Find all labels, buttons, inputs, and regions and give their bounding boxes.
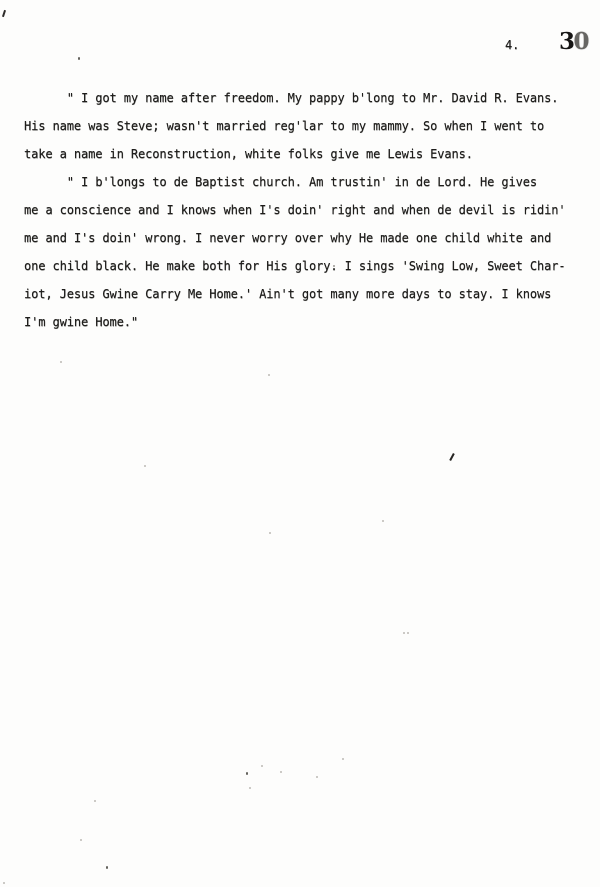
- scan-speck: [80, 839, 82, 841]
- scan-mark-slash: [449, 453, 455, 461]
- scan-speck: [316, 776, 318, 778]
- scan-speck: [269, 532, 271, 534]
- scan-speck: [342, 758, 344, 760]
- stamp-digit-3: 3: [559, 28, 574, 55]
- stamp-digit-0: 0: [574, 28, 589, 55]
- scanned-document-page: 4. 30 " I got my name after freedom. My …: [0, 0, 600, 887]
- scan-speck: [94, 800, 96, 802]
- scan-speck: [3, 882, 5, 884]
- scan-speck: [333, 265, 335, 267]
- scan-speck: [106, 866, 108, 869]
- scan-speck: [403, 632, 405, 634]
- text-line: I'm gwine Home.": [24, 308, 584, 336]
- scan-speck: [268, 374, 270, 376]
- page-stamp: 30: [559, 30, 588, 53]
- scan-speck: [407, 632, 409, 634]
- text-line: one child black. He make both for His gl…: [24, 252, 584, 280]
- text-line: " I got my name after freedom. My pappy …: [24, 84, 584, 112]
- text-line: His name was Steve; wasn't married reg'l…: [24, 112, 584, 140]
- scan-speck: [144, 465, 146, 467]
- typewritten-text-block: " I got my name after freedom. My pappy …: [24, 84, 584, 336]
- text-line: me a conscience and I knows when I's doi…: [24, 196, 584, 224]
- scan-speck: [280, 771, 282, 773]
- text-line: take a name in Reconstruction, white fol…: [24, 140, 584, 168]
- scan-speck: [60, 361, 62, 363]
- paragraph: " I got my name after freedom. My pappy …: [24, 84, 584, 168]
- scan-speck: [78, 57, 80, 60]
- text-line: iot, Jesus Gwine Carry Me Home.' Ain't g…: [24, 280, 584, 308]
- paragraph: " I b'longs to de Baptist church. Am tru…: [24, 168, 584, 336]
- scan-speck: [249, 787, 251, 789]
- scan-speck: [382, 520, 384, 522]
- scan-mark-tick: [2, 10, 6, 17]
- page-number: 4.: [505, 38, 519, 52]
- text-line: " I b'longs to de Baptist church. Am tru…: [24, 168, 584, 196]
- text-line: me and I's doin' wrong. I never worry ov…: [24, 224, 584, 252]
- scan-speck: [261, 765, 263, 767]
- scan-speck: [246, 772, 248, 775]
